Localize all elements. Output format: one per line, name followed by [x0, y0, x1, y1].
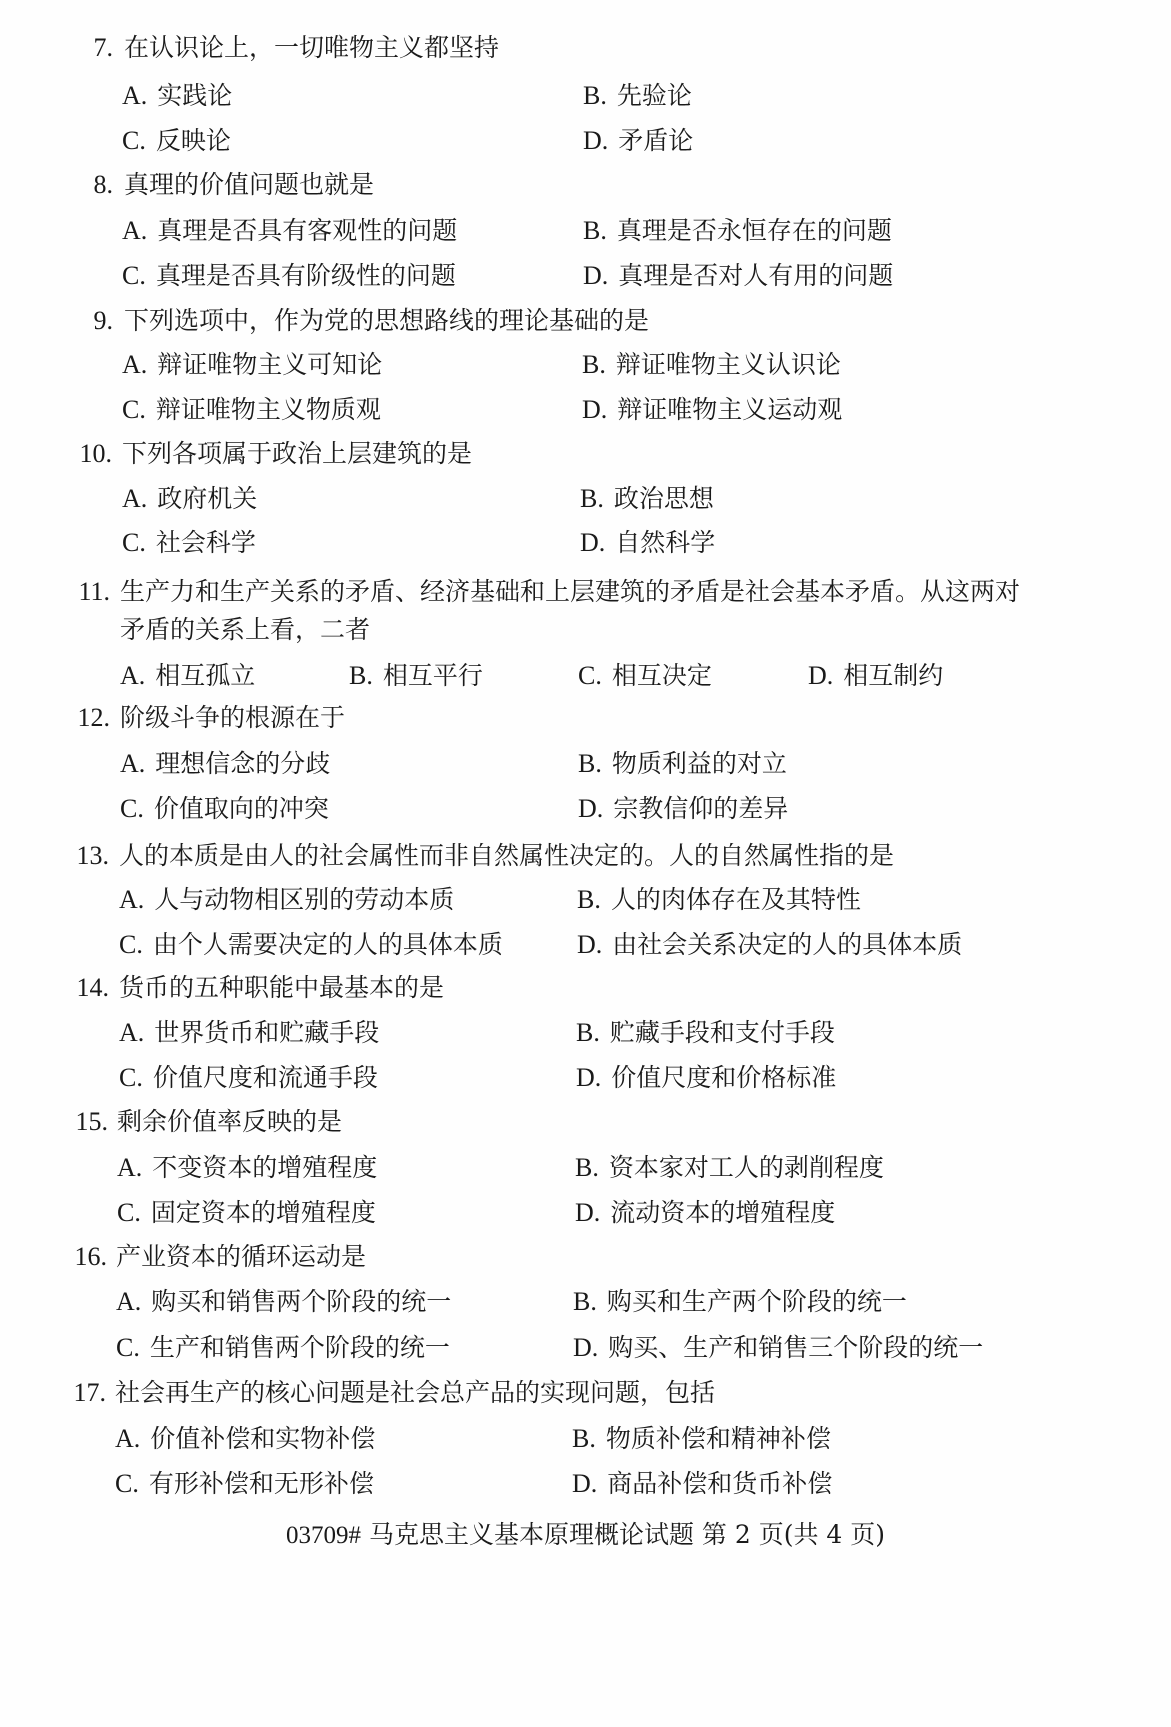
question-11: 11. 生产力和生产关系的矛盾、经济基础和上层建筑的矛盾是社会基本矛盾。从这两对: [0, 572, 1171, 612]
question-text: 社会再生产的核心问题是社会总产品的实现问题，包括: [115, 1373, 715, 1413]
option-letter: A.: [120, 749, 145, 778]
question-16: 16. 产业资本的循环运动是: [0, 1237, 1171, 1277]
options-row: C.社会科学 D.自然科学: [0, 523, 1171, 563]
option-text: 由个人需要决定的人的具体本质: [153, 930, 503, 959]
option-letter: C.: [122, 395, 146, 424]
option-text: 贮藏手段和支付手段: [610, 1018, 835, 1047]
option-text: 真理是否具有阶级性的问题: [156, 261, 456, 290]
option-letter: A.: [119, 885, 144, 914]
option-letter: B.: [583, 81, 607, 110]
option-a: A.理想信念的分歧: [120, 744, 330, 784]
option-letter: B.: [583, 216, 607, 245]
option-d: D.由社会关系决定的人的具体本质: [577, 925, 962, 965]
option-text: 价值取向的冲突: [154, 794, 329, 823]
question-14: 14. 货币的五种职能中最基本的是: [0, 968, 1171, 1008]
option-b: B.物质利益的对立: [578, 744, 787, 784]
question-number: 7.: [73, 28, 113, 68]
option-letter: D.: [582, 395, 607, 424]
option-letter: D.: [573, 1333, 598, 1362]
options-row: A.辩证唯物主义可知论 B.辩证唯物主义认识论: [0, 345, 1171, 385]
option-letter: D.: [572, 1469, 597, 1498]
option-a: A.不变资本的增殖程度: [117, 1148, 377, 1188]
option-letter: C.: [117, 1198, 141, 1227]
option-text: 真理是否具有客观性的问题: [157, 216, 457, 245]
option-d: D.真理是否对人有用的问题: [583, 256, 893, 296]
option-letter: A.: [115, 1424, 140, 1453]
option-c: C.辩证唯物主义物质观: [122, 390, 381, 430]
question-text: 人的本质是由人的社会属性而非自然属性决定的。人的自然属性指的是: [119, 836, 894, 876]
options-row: C.价值尺度和流通手段 D.价值尺度和价格标准: [0, 1058, 1171, 1098]
option-letter: A.: [122, 81, 147, 110]
option-c: C.社会科学: [122, 523, 256, 563]
option-text: 相互平行: [383, 661, 483, 690]
question-text: 下列选项中，作为党的思想路线的理论基础的是: [124, 301, 649, 341]
option-text: 资本家对工人的剥削程度: [609, 1153, 884, 1182]
option-text: 真理是否对人有用的问题: [618, 261, 893, 290]
options-row: A.实践论 B.先验论: [0, 76, 1171, 116]
exam-code: 03709#: [286, 1522, 361, 1549]
exam-page: 7. 在认识论上，一切唯物主义都坚持 A.实践论 B.先验论 C.反映论 D.矛…: [0, 0, 1171, 1727]
option-text: 辩证唯物主义认识论: [616, 350, 841, 379]
options-row: C.固定资本的增殖程度 D.流动资本的增殖程度: [0, 1193, 1171, 1233]
option-c: C.价值尺度和流通手段: [119, 1058, 378, 1098]
option-c: C.由个人需要决定的人的具体本质: [119, 925, 503, 965]
option-letter: A.: [117, 1153, 142, 1182]
option-d: D.辩证唯物主义运动观: [582, 390, 842, 430]
option-text: 物质利益的对立: [612, 749, 787, 778]
option-c: C.反映论: [122, 121, 231, 161]
option-letter: C.: [120, 794, 144, 823]
option-letter: D.: [576, 1063, 601, 1092]
option-letter: B.: [582, 350, 606, 379]
option-text: 真理是否永恒存在的问题: [617, 216, 892, 245]
question-17: 17. 社会再生产的核心问题是社会总产品的实现问题，包括: [0, 1373, 1171, 1413]
option-d: D.购买、生产和销售三个阶段的统一: [573, 1328, 983, 1368]
option-letter: D.: [580, 528, 605, 557]
option-a: A.购买和销售两个阶段的统一: [116, 1282, 451, 1322]
option-d: D.商品补偿和货币补偿: [572, 1464, 832, 1504]
option-a: A.价值补偿和实物补偿: [115, 1419, 375, 1459]
option-text: 价值尺度和价格标准: [611, 1063, 836, 1092]
option-text: 由社会关系决定的人的具体本质: [612, 930, 962, 959]
option-letter: C.: [119, 930, 143, 959]
options-row: A.相互孤立 B.相互平行 C.相互决定 D.相互制约: [0, 656, 1171, 696]
option-letter: B.: [578, 749, 602, 778]
option-text: 固定资本的增殖程度: [151, 1198, 376, 1227]
option-d: D.宗教信仰的差异: [578, 789, 788, 829]
option-c: C.相互决定: [578, 656, 712, 696]
page-footer: 03709# 马克思主义基本原理概论试题 第 2 页(共 4 页): [0, 1515, 1171, 1555]
option-a: A.人与动物相区别的劳动本质: [119, 880, 454, 920]
option-c: C.真理是否具有阶级性的问题: [122, 256, 456, 296]
option-d: D.价值尺度和价格标准: [576, 1058, 836, 1098]
question-text: 剩余价值率反映的是: [117, 1102, 342, 1142]
question-number: 10.: [72, 434, 112, 474]
option-letter: D.: [575, 1198, 600, 1227]
option-b: B.贮藏手段和支付手段: [576, 1013, 835, 1053]
option-text: 辩证唯物主义物质观: [156, 395, 381, 424]
option-text: 世界货币和贮藏手段: [154, 1018, 379, 1047]
question-number: 17.: [66, 1373, 106, 1413]
options-row: C.有形补偿和无形补偿 D.商品补偿和货币补偿: [0, 1464, 1171, 1504]
question-text: 真理的价值问题也就是: [124, 165, 374, 205]
option-letter: D.: [578, 794, 603, 823]
option-b: B.购买和生产两个阶段的统一: [573, 1282, 907, 1322]
question-10: 10. 下列各项属于政治上层建筑的是: [0, 434, 1171, 474]
option-text: 先验论: [617, 81, 692, 110]
options-row: C.生产和销售两个阶段的统一 D.购买、生产和销售三个阶段的统一: [0, 1328, 1171, 1368]
question-number: 15.: [68, 1102, 108, 1142]
option-letter: C.: [116, 1333, 140, 1362]
option-letter: C.: [115, 1469, 139, 1498]
question-text: 在认识论上，一切唯物主义都坚持: [124, 28, 499, 68]
question-number: 8.: [73, 165, 113, 205]
option-a: A.辩证唯物主义可知论: [122, 345, 382, 385]
option-b: B.先验论: [583, 76, 692, 116]
option-text: 自然科学: [615, 528, 715, 557]
option-letter: A.: [116, 1287, 141, 1316]
question-number: 9.: [73, 301, 113, 341]
question-number: 12.: [70, 698, 110, 738]
option-text: 有形补偿和无形补偿: [149, 1469, 374, 1498]
option-b: B.人的肉体存在及其特性: [577, 880, 861, 920]
options-row: A.理想信念的分歧 B.物质利益的对立: [0, 744, 1171, 784]
option-text: 人的肉体存在及其特性: [611, 885, 861, 914]
option-text: 价值补偿和实物补偿: [150, 1424, 375, 1453]
option-text: 政府机关: [157, 484, 257, 513]
exam-title: 马克思主义基本原理概论试题: [369, 1520, 694, 1549]
option-c: C.价值取向的冲突: [120, 789, 329, 829]
option-a: A.相互孤立: [120, 656, 255, 696]
option-text: 相互制约: [843, 661, 943, 690]
option-text: 商品补偿和货币补偿: [607, 1469, 832, 1498]
option-a: A.实践论: [122, 76, 232, 116]
option-letter: B.: [575, 1153, 599, 1182]
option-text: 辩证唯物主义可知论: [157, 350, 382, 379]
option-letter: A.: [122, 484, 147, 513]
option-a: A.世界货币和贮藏手段: [119, 1013, 379, 1053]
option-text: 生产和销售两个阶段的统一: [150, 1333, 450, 1362]
option-b: B.物质补偿和精神补偿: [572, 1419, 831, 1459]
option-text: 不变资本的增殖程度: [152, 1153, 377, 1182]
option-text: 矛盾论: [618, 126, 693, 155]
option-text: 人与动物相区别的劳动本质: [154, 885, 454, 914]
option-c: C.固定资本的增殖程度: [117, 1193, 376, 1233]
option-d: D.自然科学: [580, 523, 715, 563]
option-text: 相互孤立: [155, 661, 255, 690]
option-text: 理想信念的分歧: [155, 749, 330, 778]
question-number: 11.: [70, 572, 110, 612]
option-b: B.辩证唯物主义认识论: [582, 345, 841, 385]
option-letter: A.: [119, 1018, 144, 1047]
question-text: 产业资本的循环运动是: [116, 1237, 366, 1277]
question-text: 货币的五种职能中最基本的是: [119, 968, 444, 1008]
option-text: 物质补偿和精神补偿: [606, 1424, 831, 1453]
option-text: 购买和生产两个阶段的统一: [607, 1287, 907, 1316]
option-letter: D.: [583, 126, 608, 155]
options-row: A.购买和销售两个阶段的统一 B.购买和生产两个阶段的统一: [0, 1282, 1171, 1322]
question-7: 7. 在认识论上，一切唯物主义都坚持: [0, 28, 1171, 68]
option-text: 辩证唯物主义运动观: [617, 395, 842, 424]
option-letter: D.: [577, 930, 602, 959]
option-text: 价值尺度和流通手段: [153, 1063, 378, 1092]
option-letter: A.: [120, 661, 145, 690]
question-number: 13.: [69, 836, 109, 876]
option-text: 政治思想: [614, 484, 714, 513]
question-9: 9. 下列选项中，作为党的思想路线的理论基础的是: [0, 301, 1171, 341]
option-letter: B.: [576, 1018, 600, 1047]
option-letter: C.: [119, 1063, 143, 1092]
option-text: 相互决定: [612, 661, 712, 690]
option-d: D.矛盾论: [583, 121, 693, 161]
options-row: C.价值取向的冲突 D.宗教信仰的差异: [0, 789, 1171, 829]
options-row: A.真理是否具有客观性的问题 B.真理是否永恒存在的问题: [0, 211, 1171, 251]
question-11-continued: 矛盾的关系上看，二者: [0, 610, 1171, 650]
question-15: 15. 剩余价值率反映的是: [0, 1102, 1171, 1142]
option-c: C.生产和销售两个阶段的统一: [116, 1328, 450, 1368]
option-letter: C.: [122, 528, 146, 557]
option-letter: C.: [122, 126, 146, 155]
question-text-continued: 矛盾的关系上看，二者: [120, 610, 370, 650]
option-d: D.相互制约: [808, 656, 943, 696]
option-text: 实践论: [157, 81, 232, 110]
option-letter: B.: [580, 484, 604, 513]
option-letter: B.: [572, 1424, 596, 1453]
question-text: 下列各项属于政治上层建筑的是: [122, 434, 472, 474]
options-row: A.价值补偿和实物补偿 B.物质补偿和精神补偿: [0, 1419, 1171, 1459]
options-row: C.真理是否具有阶级性的问题 D.真理是否对人有用的问题: [0, 256, 1171, 296]
option-a: A.政府机关: [122, 479, 257, 519]
options-row: A.人与动物相区别的劳动本质 B.人的肉体存在及其特性: [0, 880, 1171, 920]
option-text: 流动资本的增殖程度: [610, 1198, 835, 1227]
option-b: B.真理是否永恒存在的问题: [583, 211, 892, 251]
option-a: A.真理是否具有客观性的问题: [122, 211, 457, 251]
option-letter: C.: [122, 261, 146, 290]
option-text: 购买和销售两个阶段的统一: [151, 1287, 451, 1316]
options-row: A.政府机关 B.政治思想: [0, 479, 1171, 519]
option-letter: D.: [808, 661, 833, 690]
option-letter: B.: [573, 1287, 597, 1316]
option-letter: A.: [122, 350, 147, 379]
option-letter: C.: [578, 661, 602, 690]
question-13: 13. 人的本质是由人的社会属性而非自然属性决定的。人的自然属性指的是: [0, 836, 1171, 876]
option-c: C.有形补偿和无形补偿: [115, 1464, 374, 1504]
options-row: A.世界货币和贮藏手段 B.贮藏手段和支付手段: [0, 1013, 1171, 1053]
option-text: 反映论: [156, 126, 231, 155]
options-row: C.由个人需要决定的人的具体本质 D.由社会关系决定的人的具体本质: [0, 925, 1171, 965]
option-b: B.相互平行: [349, 656, 483, 696]
option-d: D.流动资本的增殖程度: [575, 1193, 835, 1233]
question-text: 生产力和生产关系的矛盾、经济基础和上层建筑的矛盾是社会基本矛盾。从这两对: [120, 572, 1020, 612]
option-letter: B.: [577, 885, 601, 914]
question-number: 16.: [67, 1237, 107, 1277]
page-indicator: 第 2 页(共 4 页): [702, 1520, 885, 1549]
question-number: 14.: [69, 968, 109, 1008]
option-text: 购买、生产和销售三个阶段的统一: [608, 1333, 983, 1362]
option-letter: B.: [349, 661, 373, 690]
question-text: 阶级斗争的根源在于: [120, 698, 345, 738]
option-b: B.资本家对工人的剥削程度: [575, 1148, 884, 1188]
option-text: 宗教信仰的差异: [613, 794, 788, 823]
option-letter: A.: [122, 216, 147, 245]
options-row: A.不变资本的增殖程度 B.资本家对工人的剥削程度: [0, 1148, 1171, 1188]
options-row: C.辩证唯物主义物质观 D.辩证唯物主义运动观: [0, 390, 1171, 430]
question-12: 12. 阶级斗争的根源在于: [0, 698, 1171, 738]
option-letter: D.: [583, 261, 608, 290]
option-b: B.政治思想: [580, 479, 714, 519]
option-text: 社会科学: [156, 528, 256, 557]
options-row: C.反映论 D.矛盾论: [0, 121, 1171, 161]
question-8: 8. 真理的价值问题也就是: [0, 165, 1171, 205]
